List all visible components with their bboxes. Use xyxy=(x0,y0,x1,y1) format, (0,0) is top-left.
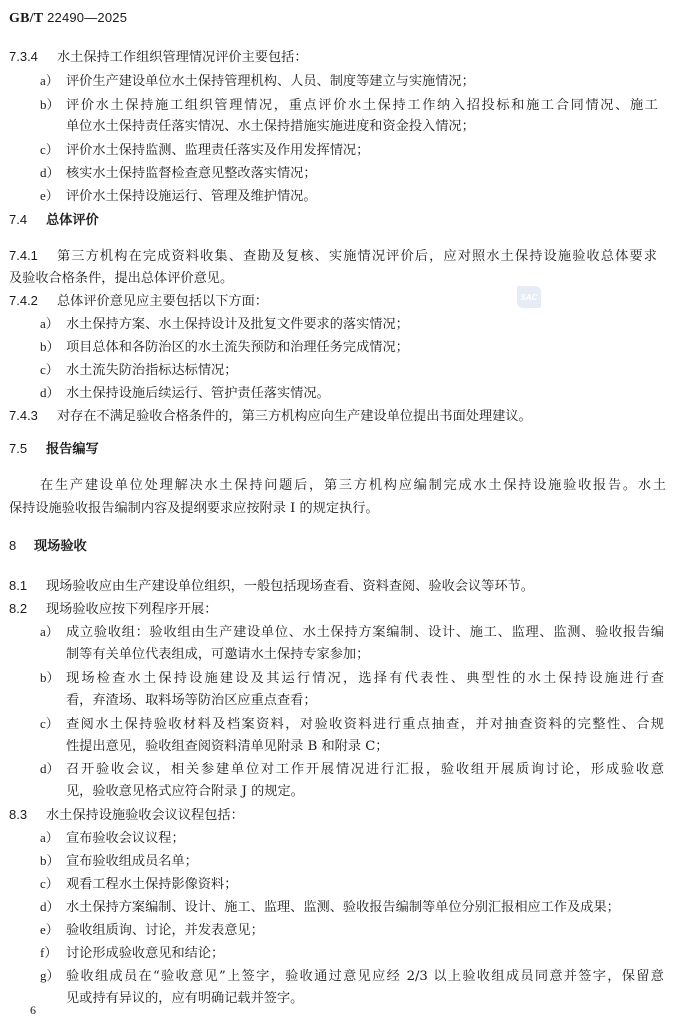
clause-number: 8.2 xyxy=(9,600,46,618)
list-label: f） xyxy=(40,944,66,962)
list-label: b） xyxy=(40,852,66,870)
clause-7-3-4: 7.3.4水土保持工作组织管理情况评价主要包括： xyxy=(9,48,308,67)
list-text: 项目总体和各防治区的水土流失预防和治理任务完成情况； xyxy=(66,340,409,355)
list-text: 评价生产建设单位水土保持管理机构、人员、制度等建立与实施情况； xyxy=(66,74,475,89)
list-text: 性提出意见，验收组查阅资料清单见附录 B 和附录 C； xyxy=(66,739,388,754)
list-item-continuation: 看，弃渣场、取料场等防治区应重点查看； xyxy=(66,692,317,710)
list-text: 核实水土保持监督检查意见整改落实情况； xyxy=(66,166,317,181)
list-label: e） xyxy=(40,921,66,939)
clause-7-4-2: 7.4.2总体评价意见应主要包括以下方面： xyxy=(9,292,268,311)
paragraph-continuation: 保持设施验收报告编制内容及提纲要求应按附录 I 的规定执行。 xyxy=(9,500,379,518)
list-item: c）观看工程水土保持影像资料； xyxy=(40,875,237,894)
list-text: 召开验收会议，相关参建单位对工作开展情况进行汇报，验收组开展质询讨论，形成验收意 xyxy=(66,761,664,779)
list-item: g）验收组成员在“验收意见”上签字，验收通过意见应经 2/3 以上验收组成员同意… xyxy=(40,967,664,986)
paragraph-text: 保持设施验收报告编制内容及提纲要求应按附录 I 的规定执行。 xyxy=(9,501,379,516)
list-label: c） xyxy=(40,875,66,893)
clause-8-2: 8.2现场验收应按下列程序开展： xyxy=(9,600,217,619)
list-label: c） xyxy=(40,361,66,379)
list-item: b）宣布验收组成员名单； xyxy=(40,852,198,871)
list-text: 见，验收意见格式应符合附录 J 的规定。 xyxy=(66,784,304,799)
list-label: c） xyxy=(40,141,66,159)
list-text: 看，弃渣场、取料场等防治区应重点查看； xyxy=(66,693,317,708)
list-text: 单位水土保持责任落实情况、水土保持措施实施进度和资金投入情况； xyxy=(66,119,475,134)
clause-number: 7.3.4 xyxy=(9,48,57,66)
chapter-heading-8: 8现场验收 xyxy=(9,537,87,556)
list-item: c）评价水土保持监测、监理责任落实及作用发挥情况； xyxy=(40,141,369,160)
list-text: 讨论形成验收意见和结论； xyxy=(66,946,224,961)
standard-code-header: GB/T 22490—2025 xyxy=(9,10,127,27)
list-text: 评价水土保持监测、监理责任落实及作用发挥情况； xyxy=(66,143,369,158)
clause-text: 总体评价意见应主要包括以下方面： xyxy=(57,294,268,309)
list-text: 评价水土保持设施运行、管理及维护情况。 xyxy=(66,189,317,204)
list-label: c） xyxy=(40,715,66,733)
list-item: c）查阅水土保持验收材料及档案资料，对验收资料进行重点抽查，并对抽查资料的完整性… xyxy=(40,715,664,734)
standard-number: 22490—2025 xyxy=(47,10,127,25)
clause-text: 现场验收应按下列程序开展： xyxy=(46,602,217,617)
clause-text: 对存在不满足验收合格条件的，第三方机构应向生产建设单位提出书面处理建议。 xyxy=(57,409,532,424)
clause-number: 8.3 xyxy=(9,806,46,824)
chapter-number: 8 xyxy=(9,537,34,555)
section-number: 7.5 xyxy=(9,440,46,458)
list-item: a）评价生产建设单位水土保持管理机构、人员、制度等建立与实施情况； xyxy=(40,72,475,91)
list-label: b） xyxy=(40,338,66,356)
clause-text: 水土保持工作组织管理情况评价主要包括： xyxy=(57,50,308,65)
chapter-title: 现场验收 xyxy=(34,539,87,554)
clause-7-4-1: 7.4.1第三方机构在完成资料收集、查勘及复核、实施情况评价后，应对照水土保持设… xyxy=(9,247,657,266)
list-text: 见或持有异议的，应有明确记载并签字。 xyxy=(66,991,303,1006)
list-item: c）水土流失防治指标达标情况； xyxy=(40,361,237,380)
clause-text: 第三方机构在完成资料收集、查勘及复核、实施情况评价后，应对照水土保持设施验收总体… xyxy=(57,248,657,266)
standard-prefix: GB/T xyxy=(9,11,43,26)
clause-text: 及验收合格条件，提出总体评价意见。 xyxy=(9,271,233,286)
list-item-continuation: 见或持有异议的，应有明确记载并签字。 xyxy=(66,990,303,1008)
list-item: d）核实水土保持监督检查意见整改落实情况； xyxy=(40,164,317,183)
paragraph: 在生产建设单位处理解决水土保持问题后，第三方机构应编制完成水土保持设施验收报告。… xyxy=(40,477,666,495)
list-item: e）验收组质询、讨论，并发表意见； xyxy=(40,921,264,940)
list-label: g） xyxy=(40,967,66,985)
list-text: 验收组质询、讨论，并发表意见； xyxy=(66,923,264,938)
list-item: f）讨论形成验收意见和结论； xyxy=(40,944,224,963)
list-item: b）评价水土保持施工组织管理情况，重点评价水土保持工作纳入招投标和施工合同情况、… xyxy=(40,96,658,115)
list-item: a）宣布验收会议议程； xyxy=(40,829,185,848)
clause-continuation: 及验收合格条件，提出总体评价意见。 xyxy=(9,270,233,288)
list-item: a）水土保持方案、水土保持设计及批复文件要求的落实情况； xyxy=(40,315,409,334)
clause-number: 7.4.3 xyxy=(9,407,57,425)
list-text: 水土保持方案编制、设计、施工、监理、监测、验收报告编制等单位分别汇报相应工作及成… xyxy=(66,900,620,915)
section-title: 报告编写 xyxy=(46,442,99,457)
list-label: a） xyxy=(40,72,66,90)
clause-text: 水土保持设施验收会议议程包括： xyxy=(46,808,244,823)
paragraph-text: 在生产建设单位处理解决水土保持问题后，第三方机构应编制完成水土保持设施验收报告。… xyxy=(40,477,666,495)
list-label: e） xyxy=(40,187,66,205)
sac-watermark-logo: SAC xyxy=(517,286,541,308)
list-item: b）项目总体和各防治区的水土流失预防和治理任务完成情况； xyxy=(40,338,409,357)
clause-7-4-3: 7.4.3对存在不满足验收合格条件的，第三方机构应向生产建设单位提出书面处理建议… xyxy=(9,407,532,426)
list-label: d） xyxy=(40,384,66,402)
list-text: 查阅水土保持验收材料及档案资料，对验收资料进行重点抽查，并对抽查资料的完整性、合… xyxy=(66,716,664,734)
list-label: a） xyxy=(40,315,66,333)
list-text: 宣布验收会议议程； xyxy=(66,831,185,846)
list-text: 验收组成员在“验收意见”上签字，验收通过意见应经 2/3 以上验收组成员同意并签… xyxy=(66,968,664,986)
list-label: a） xyxy=(40,623,66,641)
list-text: 宣布验收组成员名单； xyxy=(66,854,198,869)
clause-number: 7.4.2 xyxy=(9,292,57,310)
list-label: d） xyxy=(40,164,66,182)
list-item: d）召开验收会议，相关参建单位对工作开展情况进行汇报，验收组开展质询讨论，形成验… xyxy=(40,760,664,779)
list-item: d）水土保持设施后续运行、管护责任落实情况。 xyxy=(40,384,330,403)
list-text: 水土流失防治指标达标情况； xyxy=(66,363,237,378)
list-text: 制等有关单位代表组成，可邀请水土保持专家参加； xyxy=(66,647,369,662)
list-label: d） xyxy=(40,760,66,778)
list-label: b） xyxy=(40,669,66,687)
list-item: d）水土保持方案编制、设计、施工、监理、监测、验收报告编制等单位分别汇报相应工作… xyxy=(40,898,620,917)
list-item-continuation: 制等有关单位代表组成，可邀请水土保持专家参加； xyxy=(66,646,369,664)
list-label: a） xyxy=(40,829,66,847)
list-text: 现场检查水土保持设施建设及其运行情况，选择有代表性、典型性的水土保持设施进行查 xyxy=(66,670,664,688)
list-text: 水土保持设施后续运行、管护责任落实情况。 xyxy=(66,386,330,401)
section-heading-7-4: 7.4总体评价 xyxy=(9,211,99,230)
clause-text: 现场验收应由生产建设单位组织，一般包括现场查看、资料查阅、验收会议等环节。 xyxy=(46,579,534,594)
document-page: GB/T 22490—2025 7.3.4水土保持工作组织管理情况评价主要包括：… xyxy=(0,0,675,1020)
clause-8-1: 8.1现场验收应由生产建设单位组织，一般包括现场查看、资料查阅、验收会议等环节。 xyxy=(9,577,534,596)
clause-number: 7.4.1 xyxy=(9,247,57,265)
list-text: 观看工程水土保持影像资料； xyxy=(66,877,237,892)
list-item: a）成立验收组：验收组由生产建设单位、水土保持方案编制、设计、施工、监理、监测、… xyxy=(40,623,664,642)
page-number: 6 xyxy=(30,1003,36,1018)
list-item: e）评价水土保持设施运行、管理及维护情况。 xyxy=(40,187,317,206)
list-text: 成立验收组：验收组由生产建设单位、水土保持方案编制、设计、施工、监理、监测、验收… xyxy=(66,624,664,642)
list-item-continuation: 性提出意见，验收组查阅资料清单见附录 B 和附录 C； xyxy=(66,738,388,756)
clause-8-3: 8.3水土保持设施验收会议议程包括： xyxy=(9,806,244,825)
list-item-continuation: 见，验收意见格式应符合附录 J 的规定。 xyxy=(66,783,304,801)
clause-number: 8.1 xyxy=(9,577,46,595)
list-text: 评价水土保持施工组织管理情况，重点评价水土保持工作纳入招投标和施工合同情况、施工 xyxy=(66,97,658,115)
list-item: b）现场检查水土保持设施建设及其运行情况，选择有代表性、典型性的水土保持设施进行… xyxy=(40,669,664,688)
list-text: 水土保持方案、水土保持设计及批复文件要求的落实情况； xyxy=(66,317,409,332)
list-label: d） xyxy=(40,898,66,916)
section-heading-7-5: 7.5报告编写 xyxy=(9,440,99,459)
section-number: 7.4 xyxy=(9,211,46,229)
section-title: 总体评价 xyxy=(46,213,99,228)
list-item-continuation: 单位水土保持责任落实情况、水土保持措施实施进度和资金投入情况； xyxy=(66,118,475,136)
list-label: b） xyxy=(40,96,66,114)
